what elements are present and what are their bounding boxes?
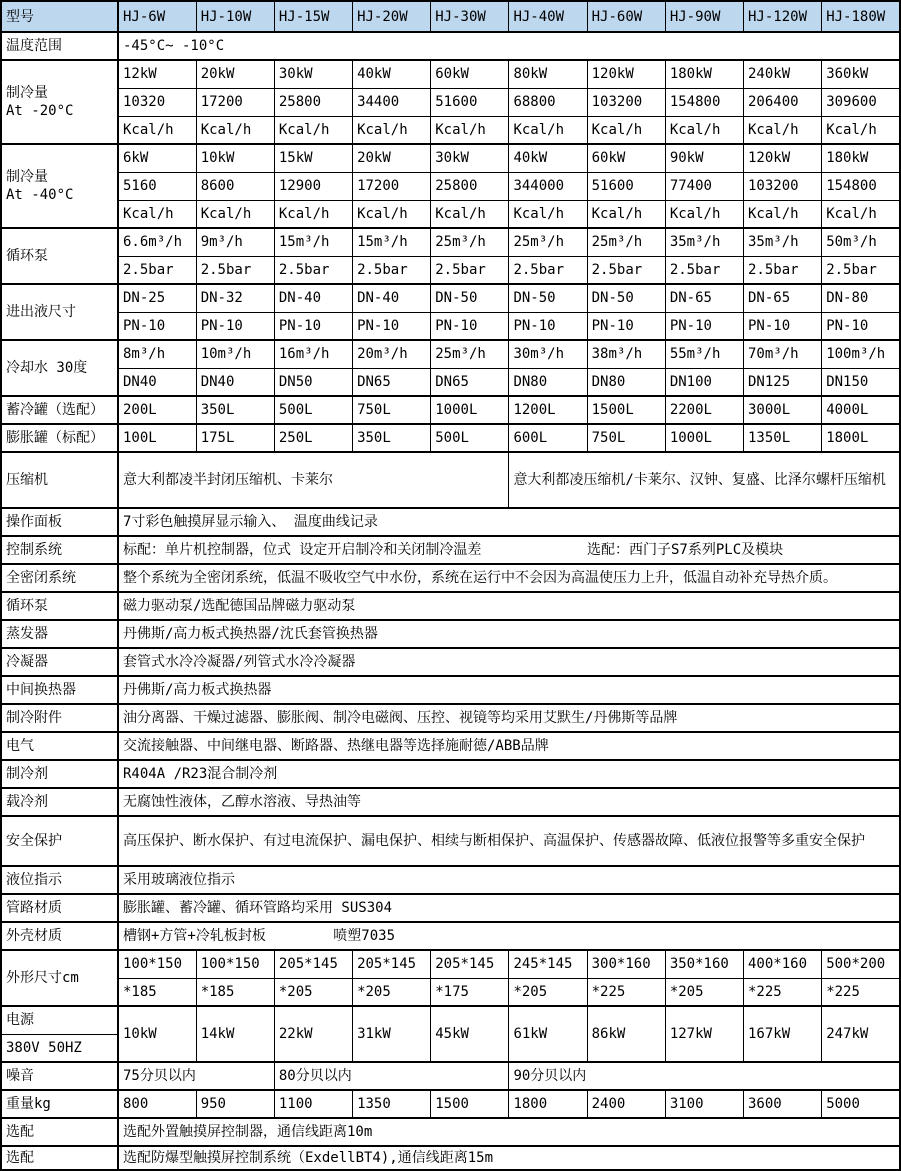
table-corner-header: 型号 bbox=[1, 1, 118, 32]
table-row: 5160860012900172002580034400051600774001… bbox=[1, 172, 900, 200]
spec-cell: 9m³/h bbox=[196, 228, 274, 256]
spec-cell: 1800 bbox=[509, 1090, 587, 1118]
spec-cell: 300*160 bbox=[587, 950, 665, 978]
row-label: 冷凝器 bbox=[1, 648, 118, 676]
spec-cell: DN125 bbox=[744, 368, 822, 396]
spec-cell: *205 bbox=[509, 978, 587, 1006]
spec-cell: 205*145 bbox=[274, 950, 352, 978]
row-label: 控制系统 bbox=[1, 536, 118, 564]
row-label: 外形尺寸cm bbox=[1, 950, 118, 1006]
spec-cell: 25m³/h bbox=[431, 228, 509, 256]
spec-cell: 丹佛斯/高力板式换热器 bbox=[118, 676, 900, 704]
spec-cell: 意大利都凌半封闭压缩机、卡莱尔 bbox=[118, 452, 509, 508]
spec-cell: 30m³/h bbox=[509, 340, 587, 368]
model-header: HJ-180W bbox=[822, 1, 900, 32]
spec-cell: DN80 bbox=[509, 368, 587, 396]
spec-cell: *185 bbox=[118, 978, 196, 1006]
spec-cell: 247kW bbox=[822, 1006, 900, 1062]
spec-cell: 77400 bbox=[665, 172, 743, 200]
spec-cell: 180kW bbox=[665, 60, 743, 88]
spec-cell: 500L bbox=[431, 424, 509, 452]
row-label: 液位指示 bbox=[1, 866, 118, 894]
spec-cell: 205*145 bbox=[353, 950, 431, 978]
spec-cell: DN40 bbox=[118, 368, 196, 396]
spec-cell: 膨胀罐、蓄冷罐、循环管路均采用 SUS304 bbox=[118, 894, 900, 922]
spec-cell: 17200 bbox=[353, 172, 431, 200]
spec-cell: Kcal/h bbox=[665, 116, 743, 144]
spec-cell: 槽钢+方管+冷轧板封板 喷塑7035 bbox=[118, 922, 900, 950]
table-row: DN40DN40DN50DN65DN65DN80DN80DN100DN125DN… bbox=[1, 368, 900, 396]
table-row: PN-10PN-10PN-10PN-10PN-10PN-10PN-10PN-10… bbox=[1, 312, 900, 340]
row-label: 外壳材质 bbox=[1, 922, 118, 950]
spec-cell: 240kW bbox=[744, 60, 822, 88]
spec-cell: *225 bbox=[744, 978, 822, 1006]
spec-cell: 60kW bbox=[587, 144, 665, 172]
table-row: 制冷剂R404A /R23混合制冷剂 bbox=[1, 760, 900, 788]
spec-cell: PN-10 bbox=[587, 312, 665, 340]
row-label: 全密闭系统 bbox=[1, 564, 118, 592]
model-header: HJ-10W bbox=[196, 1, 274, 32]
row-label: 温度范围 bbox=[1, 32, 118, 60]
table-row: 外形尺寸cm100*150100*150205*145205*145205*14… bbox=[1, 950, 900, 978]
table-row: 循环泵6.6m³/h9m³/h15m³/h15m³/h25m³/h25m³/h2… bbox=[1, 228, 900, 256]
spec-cell: 25800 bbox=[431, 172, 509, 200]
spec-cell: 35m³/h bbox=[665, 228, 743, 256]
spec-cell: 51600 bbox=[587, 172, 665, 200]
spec-cell: DN50 bbox=[274, 368, 352, 396]
spec-cell: 800 bbox=[118, 1090, 196, 1118]
spec-cell: 2.5bar bbox=[587, 256, 665, 284]
spec-cell: 950 bbox=[196, 1090, 274, 1118]
spec-cell: 103200 bbox=[587, 88, 665, 116]
row-label: 冷却水 30度 bbox=[1, 340, 118, 396]
spec-cell: Kcal/h bbox=[196, 116, 274, 144]
spec-cell: Kcal/h bbox=[274, 116, 352, 144]
spec-cell: DN80 bbox=[587, 368, 665, 396]
spec-cell: *185 bbox=[196, 978, 274, 1006]
table-row: 噪音75分贝以内80分贝以内90分贝以内 bbox=[1, 1062, 900, 1090]
spec-cell: 51600 bbox=[431, 88, 509, 116]
spec-cell: 5000 bbox=[822, 1090, 900, 1118]
spec-cell: DN-80 bbox=[822, 284, 900, 312]
table-row: 蓄冷罐（选配）200L350L500L750L1000L1200L1500L22… bbox=[1, 396, 900, 424]
spec-cell: PN-10 bbox=[353, 312, 431, 340]
spec-cell: 35m³/h bbox=[744, 228, 822, 256]
table-row: 型号HJ-6WHJ-10WHJ-15WHJ-20WHJ-30WHJ-40WHJ-… bbox=[1, 1, 900, 32]
table-row: 选配选配外置触摸屏控制器，通信线距离10m bbox=[1, 1118, 900, 1146]
spec-cell: 6.6m³/h bbox=[118, 228, 196, 256]
spec-cell: PN-10 bbox=[509, 312, 587, 340]
spec-cell: 2.5bar bbox=[744, 256, 822, 284]
spec-cell: DN150 bbox=[822, 368, 900, 396]
row-label: 操作面板 bbox=[1, 508, 118, 536]
spec-cell: 8600 bbox=[196, 172, 274, 200]
table-row: 外壳材质槽钢+方管+冷轧板封板 喷塑7035 bbox=[1, 922, 900, 950]
table-row: 制冷量 At -20°C12kW20kW30kW40kW60kW80kW120k… bbox=[1, 60, 900, 88]
spec-sheet-page: 型号HJ-6WHJ-10WHJ-15WHJ-20WHJ-30WHJ-40WHJ-… bbox=[0, 0, 901, 1171]
table-row: 压缩机意大利都凌半封闭压缩机、卡莱尔意大利都凌压缩机/卡莱尔、汉钟、复盛、比泽尔… bbox=[1, 452, 900, 508]
spec-cell: 200L bbox=[118, 396, 196, 424]
spec-cell: 61kW bbox=[509, 1006, 587, 1062]
spec-cell: 154800 bbox=[665, 88, 743, 116]
row-label: 进出液尺寸 bbox=[1, 284, 118, 340]
spec-cell: PN-10 bbox=[744, 312, 822, 340]
table-row: 制冷附件油分离器、干燥过滤器、膨胀阀、制冷电磁阀、压控、视镜等均采用艾默生/丹佛… bbox=[1, 704, 900, 732]
spec-cell: 50m³/h bbox=[822, 228, 900, 256]
row-label: 载冷剂 bbox=[1, 788, 118, 816]
spec-cell: 5160 bbox=[118, 172, 196, 200]
model-header: HJ-60W bbox=[587, 1, 665, 32]
spec-table: 型号HJ-6WHJ-10WHJ-15WHJ-20WHJ-30WHJ-40WHJ-… bbox=[0, 0, 901, 1171]
spec-cell: DN-25 bbox=[118, 284, 196, 312]
spec-cell: 70m³/h bbox=[744, 340, 822, 368]
row-label: 压缩机 bbox=[1, 452, 118, 508]
spec-cell: DN-40 bbox=[274, 284, 352, 312]
spec-cell: 31kW bbox=[353, 1006, 431, 1062]
spec-cell: 100m³/h bbox=[822, 340, 900, 368]
table-row: 2.5bar2.5bar2.5bar2.5bar2.5bar2.5bar2.5b… bbox=[1, 256, 900, 284]
table-row: 载冷剂无腐蚀性液体，乙醇水溶液、导热油等 bbox=[1, 788, 900, 816]
table-row: 全密闭系统整个系统为全密闭系统，低温不吸收空气中水份，系统在运行中不会因为高温使… bbox=[1, 564, 900, 592]
row-label: 制冷量 At -40°C bbox=[1, 144, 118, 228]
spec-cell: 20m³/h bbox=[353, 340, 431, 368]
table-row: 1032017200258003440051600688001032001548… bbox=[1, 88, 900, 116]
spec-cell: 1500L bbox=[587, 396, 665, 424]
row-label: 中间换热器 bbox=[1, 676, 118, 704]
spec-cell: 34400 bbox=[353, 88, 431, 116]
spec-cell: *205 bbox=[353, 978, 431, 1006]
spec-cell: 350L bbox=[196, 396, 274, 424]
row-label: 电气 bbox=[1, 732, 118, 760]
spec-cell: Kcal/h bbox=[822, 200, 900, 228]
table-row: 选配选配防爆型触摸屏控制系统（ExdellBT4),通信线距离15m bbox=[1, 1146, 900, 1170]
spec-cell: *225 bbox=[822, 978, 900, 1006]
spec-cell: 10m³/h bbox=[196, 340, 274, 368]
model-header: HJ-120W bbox=[744, 1, 822, 32]
spec-cell: 1200L bbox=[509, 396, 587, 424]
spec-cell: 1800L bbox=[822, 424, 900, 452]
spec-cell: 选配防爆型触摸屏控制系统（ExdellBT4),通信线距离15m bbox=[118, 1146, 900, 1170]
spec-cell: Kcal/h bbox=[118, 116, 196, 144]
spec-cell: DN100 bbox=[665, 368, 743, 396]
spec-cell: 2.5bar bbox=[353, 256, 431, 284]
spec-cell: *205 bbox=[274, 978, 352, 1006]
spec-cell: 86kW bbox=[587, 1006, 665, 1062]
spec-cell: 油分离器、干燥过滤器、膨胀阀、制冷电磁阀、压控、视镜等均采用艾默生/丹佛斯等品牌 bbox=[118, 704, 900, 732]
spec-cell: 1100 bbox=[274, 1090, 352, 1118]
spec-cell: 40kW bbox=[353, 60, 431, 88]
model-header: HJ-20W bbox=[353, 1, 431, 32]
spec-cell: 1350 bbox=[353, 1090, 431, 1118]
spec-cell: PN-10 bbox=[431, 312, 509, 340]
spec-cell: 丹佛斯/高力板式换热器/沈氏套管换热器 bbox=[118, 620, 900, 648]
row-label: 循环泵 bbox=[1, 228, 118, 284]
spec-cell: DN-50 bbox=[509, 284, 587, 312]
spec-cell: -45°C~ -10°C bbox=[118, 32, 900, 60]
spec-cell: 309600 bbox=[822, 88, 900, 116]
table-row: 控制系统标配：单片机控制器，位式 设定开启制冷和关闭制冷温差选配：西门子S7系列… bbox=[1, 536, 900, 564]
spec-cell: 无腐蚀性液体，乙醇水溶液、导热油等 bbox=[118, 788, 900, 816]
spec-cell: DN65 bbox=[353, 368, 431, 396]
spec-cell: 344000 bbox=[509, 172, 587, 200]
model-header: HJ-30W bbox=[431, 1, 509, 32]
standard-config-text: 标配：单片机控制器，位式 设定开启制冷和关闭制冷温差 bbox=[123, 542, 481, 558]
spec-cell: 100*150 bbox=[196, 950, 274, 978]
spec-cell: 15kW bbox=[274, 144, 352, 172]
spec-cell: 1000L bbox=[665, 424, 743, 452]
spec-cell: DN-65 bbox=[665, 284, 743, 312]
spec-cell: 90kW bbox=[665, 144, 743, 172]
spec-cell: 3100 bbox=[665, 1090, 743, 1118]
spec-cell: DN65 bbox=[431, 368, 509, 396]
spec-cell: 350*160 bbox=[665, 950, 743, 978]
spec-cell: 套管式水冷冷凝器/列管式水冷冷凝器 bbox=[118, 648, 900, 676]
spec-cell: 80kW bbox=[509, 60, 587, 88]
spec-cell: 600L bbox=[509, 424, 587, 452]
spec-cell: DN-40 bbox=[353, 284, 431, 312]
spec-cell: Kcal/h bbox=[744, 200, 822, 228]
spec-cell: 40kW bbox=[509, 144, 587, 172]
spec-cell: 15m³/h bbox=[353, 228, 431, 256]
spec-cell: 8m³/h bbox=[118, 340, 196, 368]
spec-table-body: 型号HJ-6WHJ-10WHJ-15WHJ-20WHJ-30WHJ-40WHJ-… bbox=[1, 1, 900, 1170]
spec-cell: 25m³/h bbox=[431, 340, 509, 368]
spec-cell: 3000L bbox=[744, 396, 822, 424]
table-row: 蒸发器丹佛斯/高力板式换热器/沈氏套管换热器 bbox=[1, 620, 900, 648]
row-label: 制冷量 At -20°C bbox=[1, 60, 118, 144]
spec-cell: 2.5bar bbox=[665, 256, 743, 284]
spec-cell: 7寸彩色触摸屏显示输入、 温度曲线记录 bbox=[118, 508, 900, 536]
spec-cell: Kcal/h bbox=[431, 200, 509, 228]
spec-cell: 25800 bbox=[274, 88, 352, 116]
spec-cell: 10kW bbox=[196, 144, 274, 172]
spec-cell: *175 bbox=[431, 978, 509, 1006]
spec-cell: 175L bbox=[196, 424, 274, 452]
spec-cell: Kcal/h bbox=[509, 200, 587, 228]
spec-cell: 2.5bar bbox=[196, 256, 274, 284]
row-label: 循环泵 bbox=[1, 592, 118, 620]
spec-cell: 30kW bbox=[274, 60, 352, 88]
spec-cell: 2.5bar bbox=[431, 256, 509, 284]
spec-cell: 25m³/h bbox=[509, 228, 587, 256]
model-header: HJ-90W bbox=[665, 1, 743, 32]
spec-cell: Kcal/h bbox=[822, 116, 900, 144]
spec-cell: 6kW bbox=[118, 144, 196, 172]
spec-cell: 20kW bbox=[353, 144, 431, 172]
spec-cell: PN-10 bbox=[196, 312, 274, 340]
table-row: 进出液尺寸DN-25DN-32DN-40DN-40DN-50DN-50DN-50… bbox=[1, 284, 900, 312]
row-label: 制冷剂 bbox=[1, 760, 118, 788]
table-row: 制冷量 At -40°C6kW10kW15kW20kW30kW40kW60kW9… bbox=[1, 144, 900, 172]
spec-cell: 90分贝以内 bbox=[509, 1062, 900, 1090]
optional-config-text: 选配：西门子S7系列PLC及模块 bbox=[587, 541, 783, 559]
spec-cell: Kcal/h bbox=[274, 200, 352, 228]
spec-cell: 2.5bar bbox=[509, 256, 587, 284]
spec-cell: 2400 bbox=[587, 1090, 665, 1118]
table-row: 重量kg800950110013501500180024003100360050… bbox=[1, 1090, 900, 1118]
spec-cell: PN-10 bbox=[274, 312, 352, 340]
spec-cell: PN-10 bbox=[665, 312, 743, 340]
spec-cell: PN-10 bbox=[118, 312, 196, 340]
spec-cell: DN-50 bbox=[431, 284, 509, 312]
table-row: 安全保护高压保护、断水保护、有过电流保护、漏电保护、相续与断相保护、高温保护、传… bbox=[1, 816, 900, 866]
row-label: 制冷附件 bbox=[1, 704, 118, 732]
spec-cell: 120kW bbox=[587, 60, 665, 88]
spec-cell: 38m³/h bbox=[587, 340, 665, 368]
spec-cell: 2.5bar bbox=[274, 256, 352, 284]
spec-cell: Kcal/h bbox=[587, 116, 665, 144]
spec-cell: 1000L bbox=[431, 396, 509, 424]
spec-cell: 120kW bbox=[744, 144, 822, 172]
table-row: *185*185*205*205*175*205*225*205*225*225 bbox=[1, 978, 900, 1006]
spec-cell: 2.5bar bbox=[822, 256, 900, 284]
spec-cell: 1500 bbox=[431, 1090, 509, 1118]
row-label: 管路材质 bbox=[1, 894, 118, 922]
spec-cell: 3600 bbox=[744, 1090, 822, 1118]
spec-cell: R404A /R23混合制冷剂 bbox=[118, 760, 900, 788]
row-label: 蒸发器 bbox=[1, 620, 118, 648]
spec-cell: 30kW bbox=[431, 144, 509, 172]
spec-cell: 80分贝以内 bbox=[274, 1062, 509, 1090]
model-header: HJ-15W bbox=[274, 1, 352, 32]
spec-cell: DN-50 bbox=[587, 284, 665, 312]
spec-cell: 60kW bbox=[431, 60, 509, 88]
spec-cell: 154800 bbox=[822, 172, 900, 200]
row-label: 380V 50HZ bbox=[1, 1034, 118, 1062]
spec-cell: 100L bbox=[118, 424, 196, 452]
spec-cell: PN-10 bbox=[822, 312, 900, 340]
row-label: 蓄冷罐（选配） bbox=[1, 396, 118, 424]
table-row: 电气交流接触器、中间继电器、断路器、热继电器等选择施耐德/ABB品牌 bbox=[1, 732, 900, 760]
spec-cell: 100*150 bbox=[118, 950, 196, 978]
spec-cell: 250L bbox=[274, 424, 352, 452]
spec-cell: Kcal/h bbox=[431, 116, 509, 144]
spec-cell: 750L bbox=[353, 396, 431, 424]
row-label: 重量kg bbox=[1, 1090, 118, 1118]
spec-cell: Kcal/h bbox=[353, 116, 431, 144]
spec-cell: 10320 bbox=[118, 88, 196, 116]
spec-cell: 2.5bar bbox=[118, 256, 196, 284]
row-label: 膨胀罐（标配） bbox=[1, 424, 118, 452]
spec-cell: 500*200 bbox=[822, 950, 900, 978]
spec-cell: 2200L bbox=[665, 396, 743, 424]
spec-cell: Kcal/h bbox=[587, 200, 665, 228]
spec-cell: 标配：单片机控制器，位式 设定开启制冷和关闭制冷温差选配：西门子S7系列PLC及… bbox=[118, 536, 900, 564]
table-row: 液位指示采用玻璃液位指示 bbox=[1, 866, 900, 894]
spec-cell: 20kW bbox=[196, 60, 274, 88]
spec-cell: 750L bbox=[587, 424, 665, 452]
spec-cell: 采用玻璃液位指示 bbox=[118, 866, 900, 894]
row-label: 安全保护 bbox=[1, 816, 118, 866]
spec-cell: 17200 bbox=[196, 88, 274, 116]
spec-cell: 高压保护、断水保护、有过电流保护、漏电保护、相续与断相保护、高温保护、传感器故障… bbox=[118, 816, 900, 866]
spec-cell: 360kW bbox=[822, 60, 900, 88]
table-row: 循环泵磁力驱动泵/选配德国品牌磁力驱动泵 bbox=[1, 592, 900, 620]
spec-cell: 交流接触器、中间继电器、断路器、热继电器等选择施耐德/ABB品牌 bbox=[118, 732, 900, 760]
spec-cell: 206400 bbox=[744, 88, 822, 116]
table-row: Kcal/hKcal/hKcal/hKcal/hKcal/hKcal/hKcal… bbox=[1, 200, 900, 228]
spec-cell: 400*160 bbox=[744, 950, 822, 978]
spec-cell: 245*145 bbox=[509, 950, 587, 978]
table-row: 电源10kW14kW22kW31kW45kW61kW86kW127kW167kW… bbox=[1, 1006, 900, 1034]
spec-cell: 167kW bbox=[744, 1006, 822, 1062]
spec-cell: 55m³/h bbox=[665, 340, 743, 368]
row-label: 选配 bbox=[1, 1118, 118, 1146]
spec-cell: 22kW bbox=[274, 1006, 352, 1062]
table-row: 管路材质膨胀罐、蓄冷罐、循环管路均采用 SUS304 bbox=[1, 894, 900, 922]
spec-cell: 180kW bbox=[822, 144, 900, 172]
spec-cell: 25m³/h bbox=[587, 228, 665, 256]
row-label: 噪音 bbox=[1, 1062, 118, 1090]
spec-cell: DN-65 bbox=[744, 284, 822, 312]
model-header: HJ-6W bbox=[118, 1, 196, 32]
spec-cell: 12900 bbox=[274, 172, 352, 200]
table-row: 冷却水 30度8m³/h10m³/h16m³/h20m³/h25m³/h30m³… bbox=[1, 340, 900, 368]
spec-cell: Kcal/h bbox=[744, 116, 822, 144]
row-label: 选配 bbox=[1, 1146, 118, 1170]
spec-cell: 500L bbox=[274, 396, 352, 424]
spec-cell: 磁力驱动泵/选配德国品牌磁力驱动泵 bbox=[118, 592, 900, 620]
spec-cell: 14kW bbox=[196, 1006, 274, 1062]
table-row: 膨胀罐（标配）100L175L250L350L500L600L750L1000L… bbox=[1, 424, 900, 452]
spec-cell: 16m³/h bbox=[274, 340, 352, 368]
spec-cell: 选配外置触摸屏控制器，通信线距离10m bbox=[118, 1118, 900, 1146]
table-row: 温度范围-45°C~ -10°C bbox=[1, 32, 900, 60]
table-row: 操作面板7寸彩色触摸屏显示输入、 温度曲线记录 bbox=[1, 508, 900, 536]
spec-cell: 127kW bbox=[665, 1006, 743, 1062]
spec-cell: 350L bbox=[353, 424, 431, 452]
spec-cell: *225 bbox=[587, 978, 665, 1006]
spec-cell: 1350L bbox=[744, 424, 822, 452]
spec-cell: 68800 bbox=[509, 88, 587, 116]
model-header: HJ-40W bbox=[509, 1, 587, 32]
spec-cell: 意大利都凌压缩机/卡莱尔、汉钟、复盛、比泽尔螺杆压缩机 bbox=[509, 452, 900, 508]
table-row: 冷凝器套管式水冷冷凝器/列管式水冷冷凝器 bbox=[1, 648, 900, 676]
spec-cell: Kcal/h bbox=[509, 116, 587, 144]
spec-cell: 75分贝以内 bbox=[118, 1062, 274, 1090]
spec-cell: Kcal/h bbox=[196, 200, 274, 228]
table-row: 中间换热器丹佛斯/高力板式换热器 bbox=[1, 676, 900, 704]
spec-cell: 103200 bbox=[744, 172, 822, 200]
spec-cell: Kcal/h bbox=[118, 200, 196, 228]
spec-cell: 45kW bbox=[431, 1006, 509, 1062]
spec-cell: Kcal/h bbox=[353, 200, 431, 228]
spec-cell: Kcal/h bbox=[665, 200, 743, 228]
row-label: 电源 bbox=[1, 1006, 118, 1034]
spec-cell: 整个系统为全密闭系统，低温不吸收空气中水份，系统在运行中不会因为高温使压力上升，… bbox=[118, 564, 900, 592]
spec-cell: 12kW bbox=[118, 60, 196, 88]
spec-cell: 10kW bbox=[118, 1006, 196, 1062]
table-row: Kcal/hKcal/hKcal/hKcal/hKcal/hKcal/hKcal… bbox=[1, 116, 900, 144]
spec-cell: 4000L bbox=[822, 396, 900, 424]
spec-cell: DN40 bbox=[196, 368, 274, 396]
spec-cell: 205*145 bbox=[431, 950, 509, 978]
spec-cell: DN-32 bbox=[196, 284, 274, 312]
spec-cell: 15m³/h bbox=[274, 228, 352, 256]
spec-cell: *205 bbox=[665, 978, 743, 1006]
